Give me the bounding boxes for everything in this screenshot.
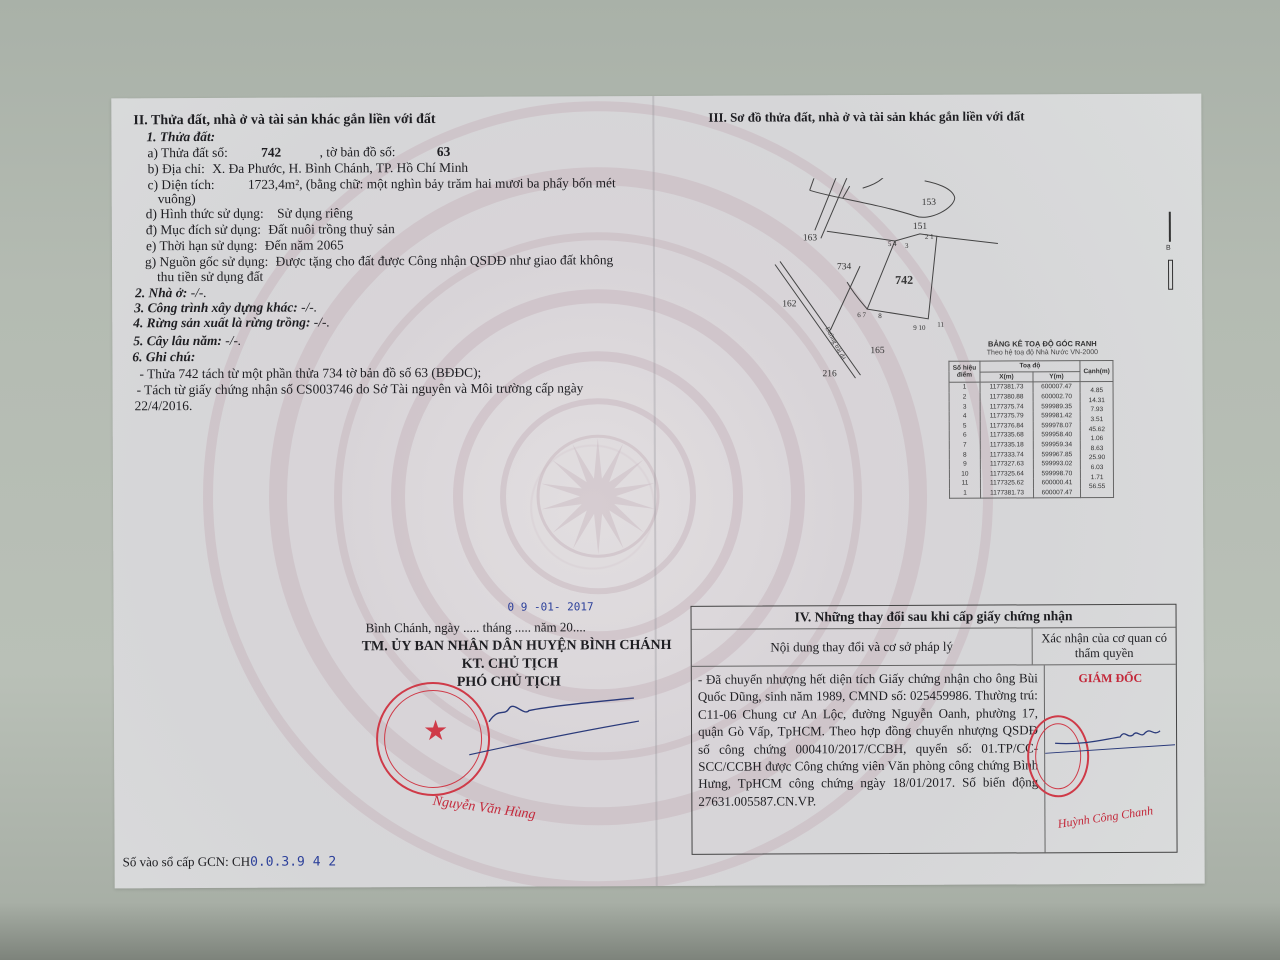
certificate-sheet: II. Thửa đất, nhà ở và tài sản khác gắn … [111,94,1204,889]
col-edge: Cạnh(m) [1080,361,1113,382]
usage-term-label: e) Thời hạn sử dụng: [146,238,258,253]
col-y: Y(m) [1033,371,1080,382]
address-value: X. Đa Phước, H. Bình Chánh, TP. Hồ Chí M… [212,160,468,176]
coord-cell-y: 599993.02 [1033,459,1080,469]
registry-label: Số vào sổ cấp GCN: CH [123,854,251,870]
section-iii-title: III. Sơ đồ thửa đất, nhà ở và tài sản kh… [708,108,1024,126]
coord-cell-x: 1177375.74 [980,402,1033,412]
coord-cell-point: 8 [949,450,980,460]
col-x: X(m) [980,371,1033,382]
item-perennial-trees: 5. Cây lâu năm: -/-. [133,333,241,350]
coord-table-subtitle: Theo hệ toạ độ Nhà Nước VN-2000 [942,349,1142,357]
issue-date-stamp: 0 9 -01- 2017 [507,600,593,614]
coord-cell-x: 1177327.63 [980,459,1033,469]
svg-text:6 7: 6 7 [857,311,866,319]
item-value: -/-. [314,314,330,329]
coord-cell-y: 599967.85 [1033,450,1080,460]
parcel-number-value: 742 [261,145,281,160]
signer-role-2: PHÓ CHỦ TỊCH [457,673,561,691]
col-point: Số hiệu điểm [949,361,980,382]
coord-cell-edge: 8.63 [1080,440,1113,450]
address-label: b) Địa chỉ: [148,161,205,176]
svg-text:165: 165 [870,346,885,356]
coord-cell-y: 600007.47 [1033,382,1080,392]
coord-row: 11177381.73600007.47 [949,488,1113,499]
coord-cell-point: 9 [949,460,980,470]
svg-text:9 10: 9 10 [913,324,926,332]
item-value: -/-. [301,299,317,314]
item-planted-forest: 4. Rừng sản xuất là rừng trồng: -/-. [133,314,330,332]
star-emblem-icon: ★ [423,714,448,747]
coord-cell-y: 600002.70 [1033,392,1080,402]
usage-purpose-label: đ) Mục đích sử dụng: [146,222,261,238]
section-ii-title: II. Thửa đất, nhà ở và tài sản khác gắn … [133,111,435,130]
svg-text:151: 151 [913,222,928,232]
item-label: 4. Rừng sản xuất là rừng trồng: [133,315,310,331]
notes-heading: 6. Ghi chú: [132,349,195,366]
coord-cell-edge: 6.03 [1080,459,1113,469]
coord-cell-point: 3 [949,402,980,412]
coord-cell-point: 5 [949,421,980,431]
place-date-line: Bình Chánh, ngày ..... tháng ..... năm 2… [366,619,586,636]
coord-row: 11177381.73600007.474.85 [949,382,1113,393]
coord-cell-point: 2 [949,392,980,402]
signature-vice-chairman [469,696,639,757]
coord-cell-y: 599959.34 [1033,440,1080,450]
coord-cell-edge: 45.62 [1080,421,1113,431]
confirm-signer-name: Huỳnh Công Chanh [1057,803,1154,832]
svg-text:2 1: 2 1 [925,233,934,241]
coord-cell-point: 6 [949,431,980,441]
issuing-authority: TM. ỦY BAN NHÂN DÂN HUYỆN BÌNH CHÁNH [362,637,672,656]
usage-purpose-row: đ) Mục đích sử dụng: Đất nuôi trồng thuỷ… [146,221,395,239]
coord-cell-edge: 3.51 [1080,411,1113,421]
signer-name: Nguyễn Văn Hùng [432,793,537,824]
coord-cell-x: 1177375.79 [980,411,1033,421]
registry-number-row: Số vào sổ cấp GCN: CH0.0.3.9 4 2 [123,853,337,871]
coord-cell-point: 7 [949,440,980,450]
coord-cell-edge: 1.71 [1080,469,1113,479]
coord-cell-x: 1177381.73 [980,488,1033,498]
confirm-title: GIÁM ĐỐC [1045,671,1176,687]
usage-form-value: Sử dụng riêng [277,205,353,220]
item-label: 3. Công trình xây dựng khác: [134,300,298,316]
svg-text:162: 162 [782,299,797,309]
svg-text:Đường trải đá: Đường trải đá [824,326,847,361]
svg-text:163: 163 [803,233,818,243]
map-sheet-label: , tờ bản đồ số: [320,144,396,159]
area-row: c) Diện tích: 1723,4m², (bằng chữ: một n… [148,175,616,194]
usage-origin-label: g) Nguồn gốc sử dụng: [145,254,268,270]
coord-cell-edge: 7.93 [1080,401,1113,411]
usage-term-row: e) Thời hạn sử dụng: Đến năm 2065 [146,237,344,255]
signer-role-1: KT. CHỦ TỊCH [462,655,558,673]
page-fold [652,96,657,886]
coord-cell-point: 4 [949,412,980,422]
coord-table-title: BẢNG KÊ TOẠ ĐỘ GÓC RANH [942,339,1142,349]
svg-text:8: 8 [878,312,882,320]
usage-form-row: d) Hình thức sử dụng: Sử dụng riêng [146,205,353,223]
coord-cell-edge: 4.85 [1080,382,1113,392]
signature-director [1045,725,1175,756]
item-value: -/-. [191,285,207,300]
coord-cell-edge: 1.06 [1080,430,1113,440]
coord-cell-x: 1177376.84 [980,421,1033,431]
parcel-heading: 1. Thửa đất: [146,129,215,146]
coord-cell-y: 599978.07 [1033,421,1080,431]
parcel-map: 153 151 163 734 162 165 216 742 5 4 3 2 … [755,177,1016,388]
coord-cell-x: 1177381.73 [980,382,1033,392]
coord-cell-point: 10 [949,469,980,479]
coord-cell-x: 1177325.62 [980,478,1033,488]
usage-term-value: Đến năm 2065 [265,237,344,252]
coordinate-table: Số hiệu điểm Toạ độ Cạnh(m) X(m) Y(m) 11… [948,360,1114,499]
svg-text:742: 742 [895,273,913,287]
note-line: 22/4/2016. [135,398,193,415]
north-arrow-icon: B [1166,212,1174,292]
usage-form-label: d) Hình thức sử dụng: [146,206,264,222]
col-authority-confirm: Xác nhận của cơ quan có thẩm quyền [1033,628,1176,665]
coord-cell-point: 1 [949,488,980,498]
usage-origin-cont: thu tiền sử dụng đất [157,269,263,286]
note-line: - Tách từ giấy chứng nhận số CS003746 do… [137,380,584,399]
col-change-content: Nội dung thay đổi và cơ sở pháp lý [692,628,1033,665]
neighbor-parcel-label: 153 [922,198,937,208]
coord-cell-edge [1080,488,1113,498]
coord-cell-point: 11 [949,479,980,489]
coord-cell-y: 600000.41 [1033,478,1080,488]
coord-cell-x: 1177335.18 [980,440,1033,450]
coord-cell-edge: 25.90 [1080,449,1113,459]
svg-text:734: 734 [837,262,852,272]
section-iv-title: IV. Những thay đổi sau khi cấp giấy chứn… [692,605,1176,630]
usage-purpose-value: Đất nuôi trồng thuỷ sản [268,221,395,237]
coord-cell-x: 1177380.88 [980,392,1033,402]
coord-cell-edge: 56.55 [1080,478,1113,488]
usage-origin-value: Được tặng cho đất được Công nhận QSDĐ nh… [276,252,614,268]
coord-cell-x: 1177325.64 [980,469,1033,479]
svg-text:5 4: 5 4 [888,240,897,248]
coord-cell-y: 600007.47 [1033,488,1080,498]
area-value: 1723,4m², (bằng chữ: một nghìn bảy trăm … [248,175,616,192]
coord-cell-edge: 14.31 [1080,392,1113,402]
coord-cell-y: 599958.40 [1033,430,1080,440]
coord-cell-y: 599981.42 [1033,411,1080,421]
svg-text:11: 11 [937,321,944,329]
col-coord: Toạ độ [980,361,1080,372]
coord-cell-x: 1177335.68 [980,431,1033,441]
area-label: c) Diện tích: [148,177,215,192]
coord-cell-y: 599989.35 [1033,402,1080,412]
coord-cell-point: 1 [949,382,980,392]
registry-number: 0.0.3.9 4 2 [250,854,336,869]
parcel-number-label: a) Thửa đất số: [147,145,227,160]
svg-text:3: 3 [905,242,909,250]
coord-cell-y: 599998.70 [1033,469,1080,479]
changes-table: IV. Những thay đổi sau khi cấp giấy chứn… [691,604,1178,855]
item-label: 5. Cây lâu năm: [133,333,222,348]
svg-text:216: 216 [822,369,837,379]
change-entry: - Đã chuyển nhượng hết diện tích Giấy ch… [692,665,1046,855]
item-label: 2. Nhà ở: [135,285,187,300]
map-sheet-value: 63 [437,144,450,159]
coord-cell-x: 1177333.74 [980,450,1033,460]
item-value: -/-. [225,333,241,348]
